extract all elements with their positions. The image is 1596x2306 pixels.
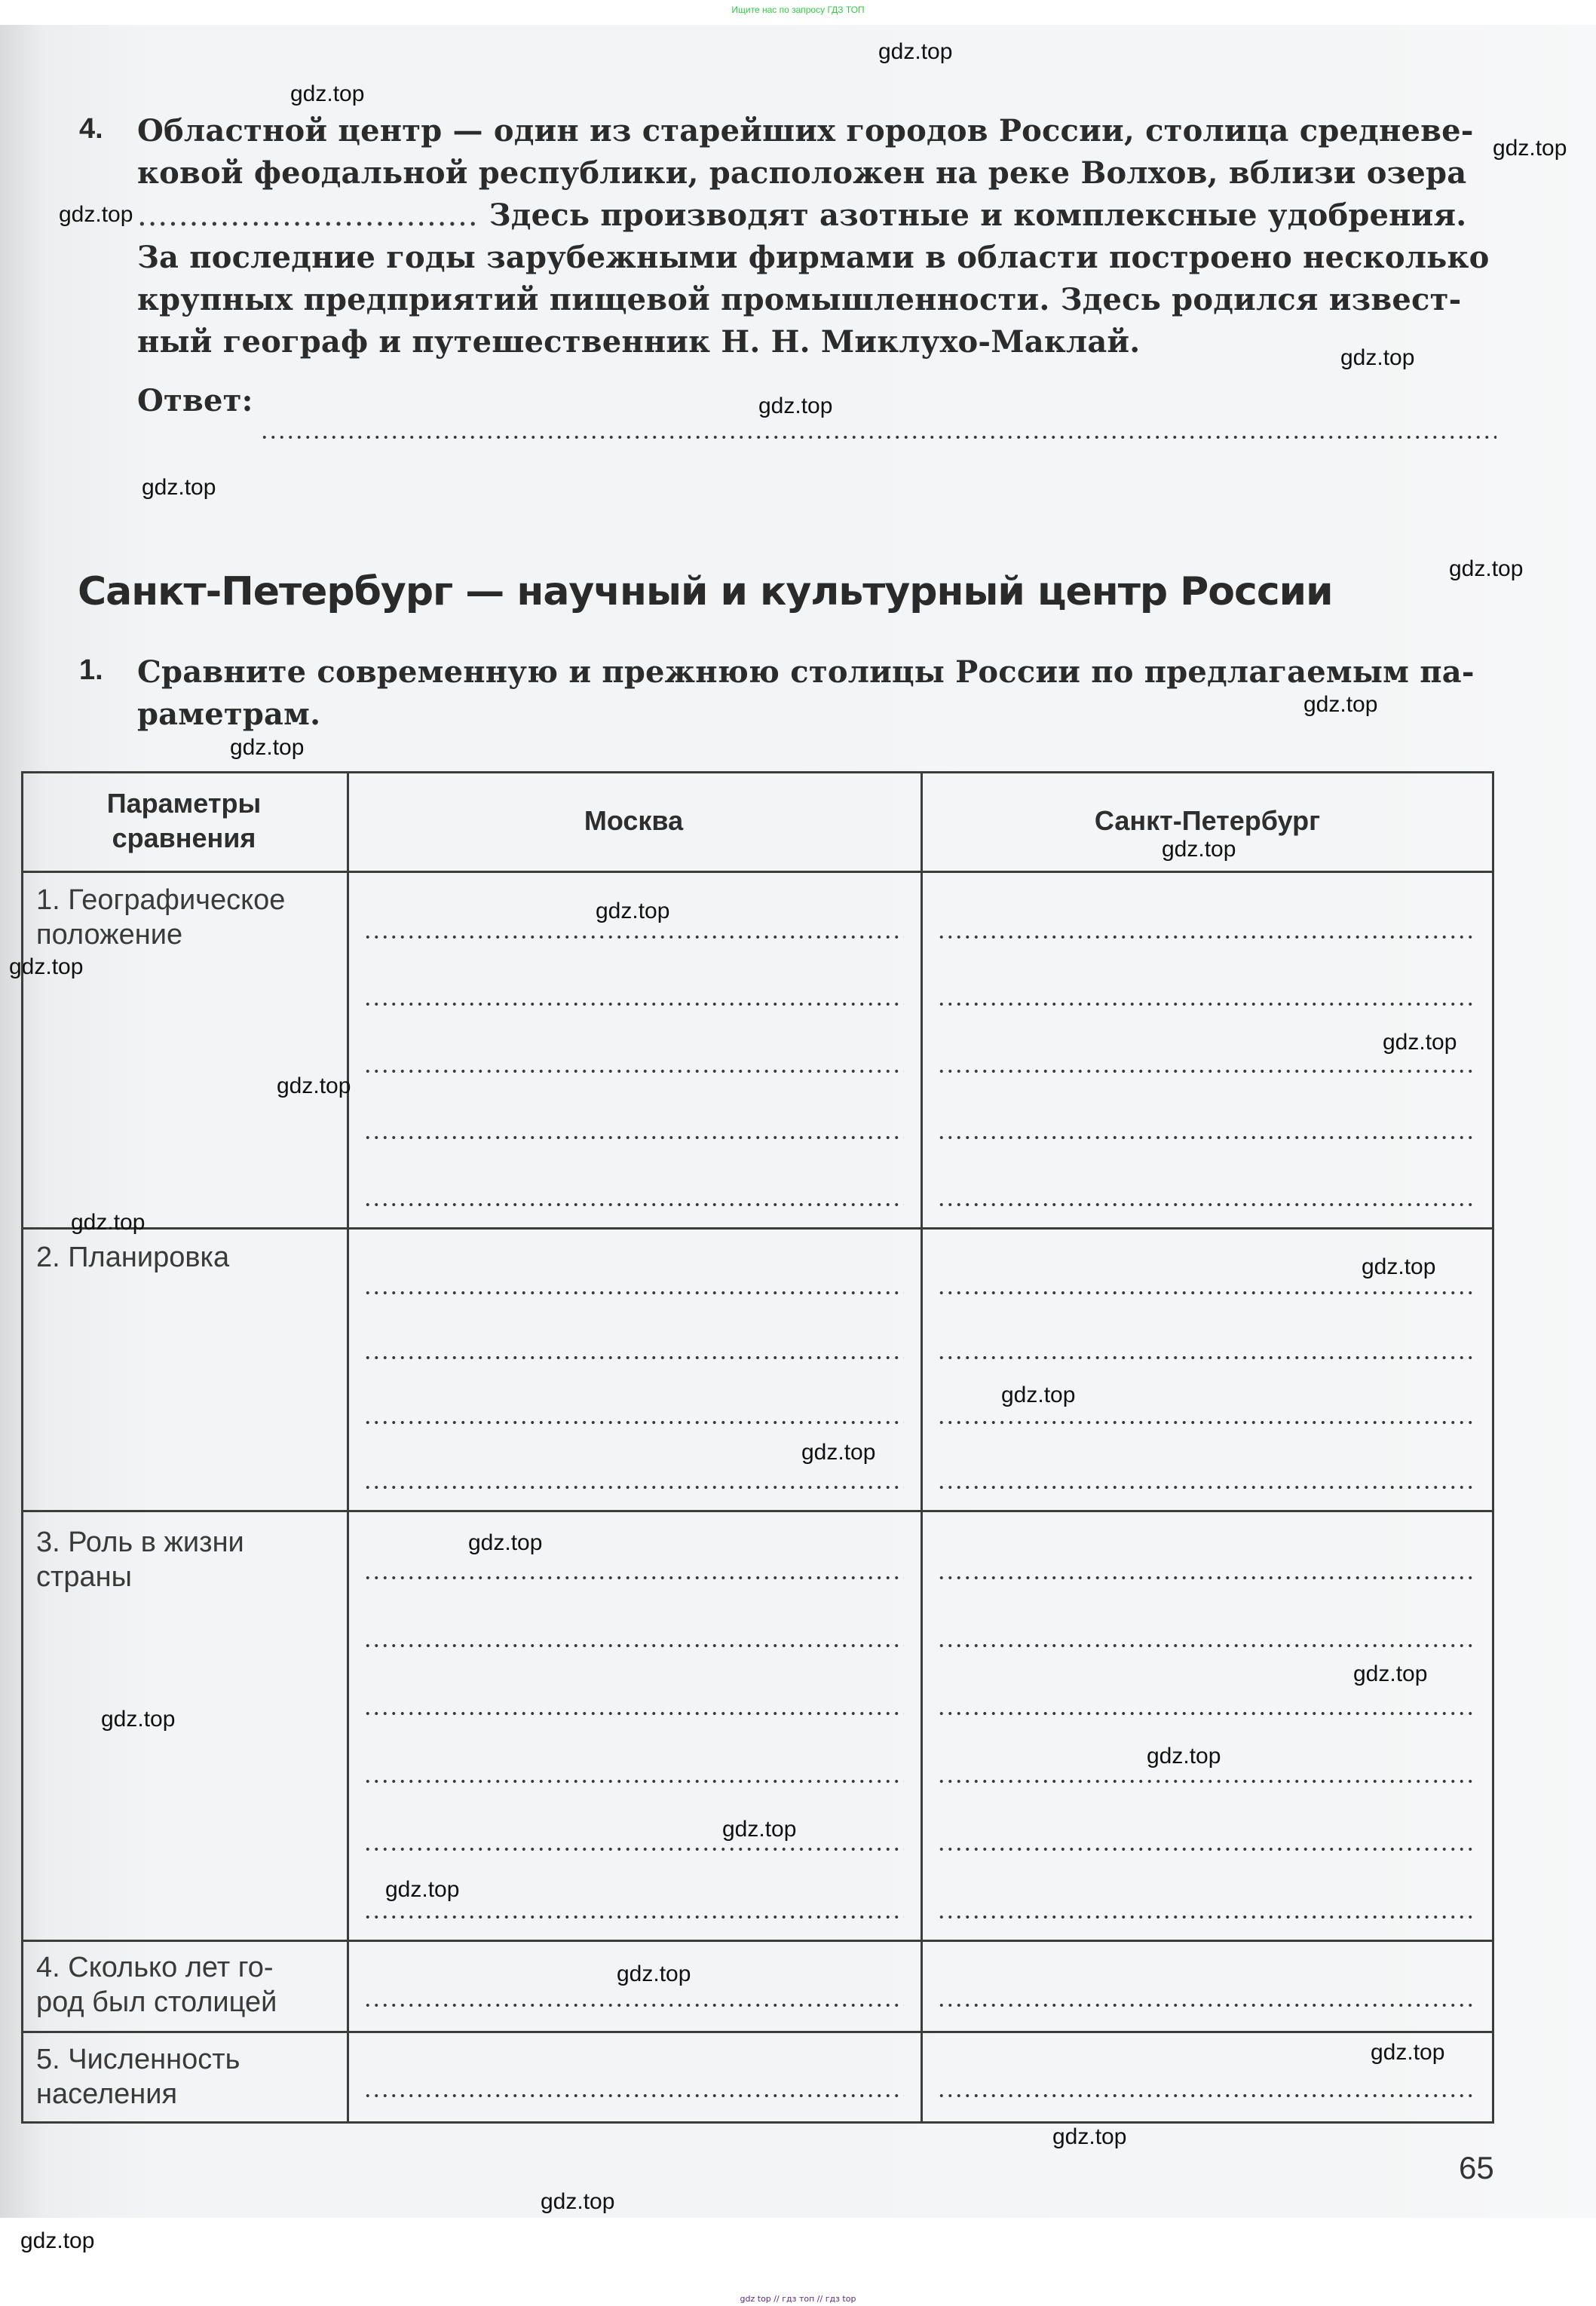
moscow-answer-line[interactable] — [363, 1421, 904, 1424]
watermark: gdz.top — [1362, 1254, 1435, 1280]
footer-link-2[interactable]: гдз топ — [782, 2294, 814, 2304]
spb-answer-line[interactable] — [937, 1576, 1475, 1579]
watermark: gdz.top — [468, 1530, 542, 1556]
moscow-answer-line[interactable] — [363, 1712, 904, 1715]
row-label-1: 1. Географическое положение — [36, 883, 338, 952]
moscow-answer-line[interactable] — [363, 1356, 904, 1359]
row-label-5-line-1: 5. Численность — [36, 2042, 338, 2077]
spb-answer-line[interactable] — [937, 1780, 1475, 1783]
watermark: gdz.top — [142, 475, 216, 501]
footer-link-3[interactable]: гдз top — [826, 2294, 856, 2304]
watermark: gdz.top — [9, 954, 83, 980]
spb-answer-line[interactable] — [937, 1644, 1475, 1647]
moscow-answer-line[interactable] — [363, 1916, 904, 1919]
spb-answer-line[interactable] — [937, 1486, 1475, 1489]
watermark: gdz.top — [1052, 2124, 1126, 2150]
header-params-text: Параметры сравнения — [86, 786, 282, 856]
moscow-answer-line[interactable] — [363, 1848, 904, 1851]
spb-answer-line[interactable] — [937, 1136, 1475, 1139]
moscow-answer-line[interactable] — [363, 1003, 904, 1006]
watermark: gdz.top — [758, 394, 832, 419]
row-label-4: 4. Сколько лет го- род был столицей — [36, 1950, 338, 2020]
watermark: gdz.top — [71, 1210, 145, 1236]
header-moscow: Москва — [347, 804, 921, 838]
spb-answer-line[interactable] — [937, 1291, 1475, 1294]
row-label-3-line-1: 3. Роль в жизни — [36, 1525, 338, 1560]
moscow-answer-line[interactable] — [363, 1203, 904, 1206]
spb-answer-line[interactable] — [937, 936, 1475, 939]
banner-text: Ищите нас по запросу ГДЗ ТОП — [731, 5, 864, 15]
task4-line-2: ковой феодальной республики, расположен … — [137, 152, 1494, 194]
row-label-2: 2. Планировка — [36, 1240, 338, 1275]
footer-separator: // — [817, 2294, 823, 2304]
table-border-top — [21, 771, 1494, 773]
task4-line-1: Областной центр — один из старейших горо… — [137, 110, 1494, 152]
bottom-strip — [0, 2218, 1596, 2306]
task4-lake-blank[interactable]: ................................. — [137, 198, 479, 233]
watermark: gdz.top — [290, 81, 364, 107]
watermark: gdz.top — [385, 1877, 459, 1903]
spb-answer-line[interactable] — [937, 1848, 1475, 1851]
watermark: gdz.top — [1001, 1383, 1075, 1408]
task1-number: 1. — [79, 654, 103, 687]
row-label-3: 3. Роль в жизни страны — [36, 1525, 338, 1594]
watermark: gdz.top — [1303, 692, 1377, 718]
moscow-answer-line[interactable] — [363, 2004, 904, 2007]
row-label-5: 5. Численность населения — [36, 2042, 338, 2112]
comparison-table: Параметры сравнения Москва Санкт-Петербу… — [21, 771, 1494, 2124]
watermark: gdz.top — [1493, 136, 1567, 161]
task4-line-3-text: Здесь производят азотные и комплексные у… — [489, 198, 1467, 233]
table-border-bottom — [21, 2121, 1494, 2124]
task4-text: Областной центр — один из старейших горо… — [137, 110, 1494, 422]
spb-answer-line[interactable] — [937, 1916, 1475, 1919]
row-divider-1 — [21, 1227, 1494, 1230]
row-label-1-line-1: 1. Географическое — [36, 883, 338, 917]
moscow-answer-line[interactable] — [363, 1486, 904, 1489]
moscow-answer-line[interactable] — [363, 2094, 904, 2097]
task1-text: Сравните современную и прежнюю столицы Р… — [137, 651, 1494, 736]
watermark: gdz.top — [230, 735, 304, 761]
spb-answer-line[interactable] — [937, 2004, 1475, 2007]
moscow-answer-line[interactable] — [363, 1644, 904, 1647]
watermark: gdz.top — [1449, 556, 1523, 582]
moscow-answer-line[interactable] — [363, 936, 904, 939]
footer-link-1[interactable]: gdz top — [740, 2294, 771, 2304]
watermark: gdz.top — [1340, 345, 1414, 371]
spb-answer-line[interactable] — [937, 1070, 1475, 1073]
watermark: gdz.top — [801, 1440, 875, 1465]
moscow-answer-line[interactable] — [363, 1291, 904, 1294]
watermark: gdz.top — [1371, 2040, 1444, 2066]
col-divider-1 — [347, 771, 349, 2124]
watermark: gdz.top — [1353, 1661, 1427, 1687]
row-divider-3 — [21, 1940, 1494, 1942]
page-number: 65 — [1459, 2150, 1494, 2186]
watermark: gdz.top — [722, 1817, 796, 1842]
spb-answer-line[interactable] — [937, 1203, 1475, 1206]
answer-field[interactable] — [260, 436, 1496, 439]
spb-answer-line[interactable] — [937, 1003, 1475, 1006]
watermark: gdz.top — [20, 2228, 94, 2254]
answer-label: Ответ: — [137, 383, 253, 418]
watermark: gdz.top — [59, 202, 133, 228]
moscow-answer-line[interactable] — [363, 1576, 904, 1579]
row-label-2-line-1: 2. Планировка — [36, 1240, 338, 1275]
top-banner: Ищите нас по запросу ГДЗ ТОП — [0, 0, 1596, 25]
row-divider-4 — [21, 2031, 1494, 2033]
watermark: gdz.top — [277, 1073, 351, 1099]
row-label-1-line-2: положение — [36, 917, 338, 952]
table-border-right — [1492, 771, 1494, 2124]
footer-separator: // — [773, 2294, 779, 2304]
watermark: gdz.top — [1383, 1030, 1457, 1055]
watermark: gdz.top — [541, 2189, 614, 2215]
col-divider-2 — [921, 771, 923, 2124]
spb-answer-line[interactable] — [937, 2094, 1475, 2097]
row-label-3-line-2: страны — [36, 1560, 338, 1594]
moscow-answer-line[interactable] — [363, 1070, 904, 1073]
watermark: gdz.top — [1162, 837, 1236, 862]
row-label-4-line-1: 4. Сколько лет го- — [36, 1950, 338, 1985]
spb-answer-line[interactable] — [937, 1421, 1475, 1424]
spb-answer-line[interactable] — [937, 1356, 1475, 1359]
task1-line-2: раметрам. — [137, 694, 1494, 736]
task1-line-1: Сравните современную и прежнюю столицы Р… — [137, 651, 1494, 694]
header-divider — [21, 871, 1494, 873]
section-title: Санкт-Петербург — научный и культурный ц… — [78, 569, 1333, 614]
task4-number: 4. — [79, 113, 103, 145]
watermark: gdz.top — [617, 1961, 691, 1987]
spb-answer-line[interactable] — [937, 1712, 1475, 1715]
footer-links: gdz top // гдз топ // гдз top — [0, 2294, 1596, 2304]
task4-line-4: За последние годы зарубежными фирмами в … — [137, 237, 1494, 279]
watermark: gdz.top — [101, 1707, 175, 1732]
watermark: gdz.top — [596, 899, 669, 924]
header-params: Параметры сравнения — [21, 786, 347, 856]
moscow-answer-line[interactable] — [363, 1780, 904, 1783]
row-label-5-line-2: населения — [36, 2077, 338, 2112]
moscow-answer-line[interactable] — [363, 1136, 904, 1139]
watermark: gdz.top — [1147, 1744, 1221, 1769]
row-divider-2 — [21, 1510, 1494, 1512]
header-spb: Санкт-Петербург — [921, 804, 1494, 838]
row-label-4-line-2: род был столицей — [36, 1985, 338, 2020]
task4-line-3: ................................. Здесь … — [137, 194, 1494, 237]
task4-line-6: ный географ и путешественник Н. Н. Миклу… — [137, 321, 1494, 363]
watermark: gdz.top — [878, 39, 952, 65]
task4-line-5: крупных предприятий пищевой промышленнос… — [137, 279, 1494, 321]
